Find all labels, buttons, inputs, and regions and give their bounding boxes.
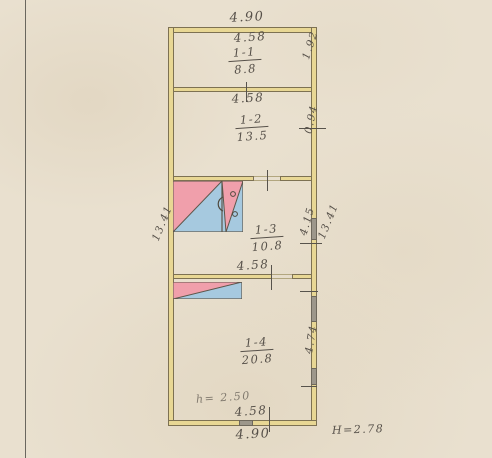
window-right-room4-upper (311, 296, 317, 322)
door-bottom-wall (239, 420, 253, 426)
stove-symbol-room4 (173, 282, 242, 299)
stove-symbol-room3 (173, 181, 243, 232)
interior-wall-2-right (280, 176, 312, 181)
room-label-1-3: 1-3 10.8 (249, 222, 284, 255)
room-area: 10.8 (251, 237, 285, 254)
door-opening-wall-3 (272, 274, 292, 279)
room-area: 13.5 (236, 127, 270, 144)
room-number: 1-1 (227, 45, 261, 62)
dim-right-room2: 0.94 (304, 104, 320, 135)
interior-wall-3-right (292, 274, 312, 279)
room-area: 20.8 (241, 350, 275, 367)
tick-right-room3 (300, 243, 322, 244)
window-right-room4-lower (311, 368, 317, 385)
sheet-border-line (25, 0, 26, 458)
tick-wall-3 (271, 265, 272, 290)
dim-right-room1-height: 1.92 (301, 30, 320, 61)
room-area: 8.8 (229, 60, 263, 77)
note-ceiling-height: h= 2.50 (196, 390, 251, 405)
room-number: 1-3 (249, 222, 283, 239)
scanned-floor-plan-sheet: 4.90 4.58 1.92 4.58 0.94 13.41 4.15 13.4… (0, 0, 492, 458)
dim-right-room4: 4.74 (304, 324, 319, 355)
room-number: 1-2 (234, 112, 268, 129)
dim-wall-1-width: 4.58 (231, 91, 264, 105)
tick-wall-2 (267, 170, 268, 191)
dim-right-overall-height: 13.41 (317, 202, 341, 241)
dim-bottom-outer-width: 4.90 (235, 427, 271, 442)
room-label-1-4: 1-4 20.8 (239, 335, 274, 368)
interior-wall-3-left (173, 274, 272, 279)
tick-right-room4-lower (301, 386, 317, 387)
room-label-1-1: 1-1 8.8 (227, 45, 262, 78)
dim-bottom-inner-width: 4.58 (234, 404, 267, 418)
note-overall-height: H=2.78 (332, 423, 385, 436)
dim-top-outer-width: 4.90 (229, 10, 265, 25)
dim-room1-width: 4.58 (233, 30, 266, 44)
dim-wall-3-width: 4.58 (236, 258, 269, 272)
room-label-1-2: 1-2 13.5 (234, 112, 269, 145)
room-number: 1-4 (239, 335, 273, 352)
tick-right-room4-upper (300, 291, 318, 292)
